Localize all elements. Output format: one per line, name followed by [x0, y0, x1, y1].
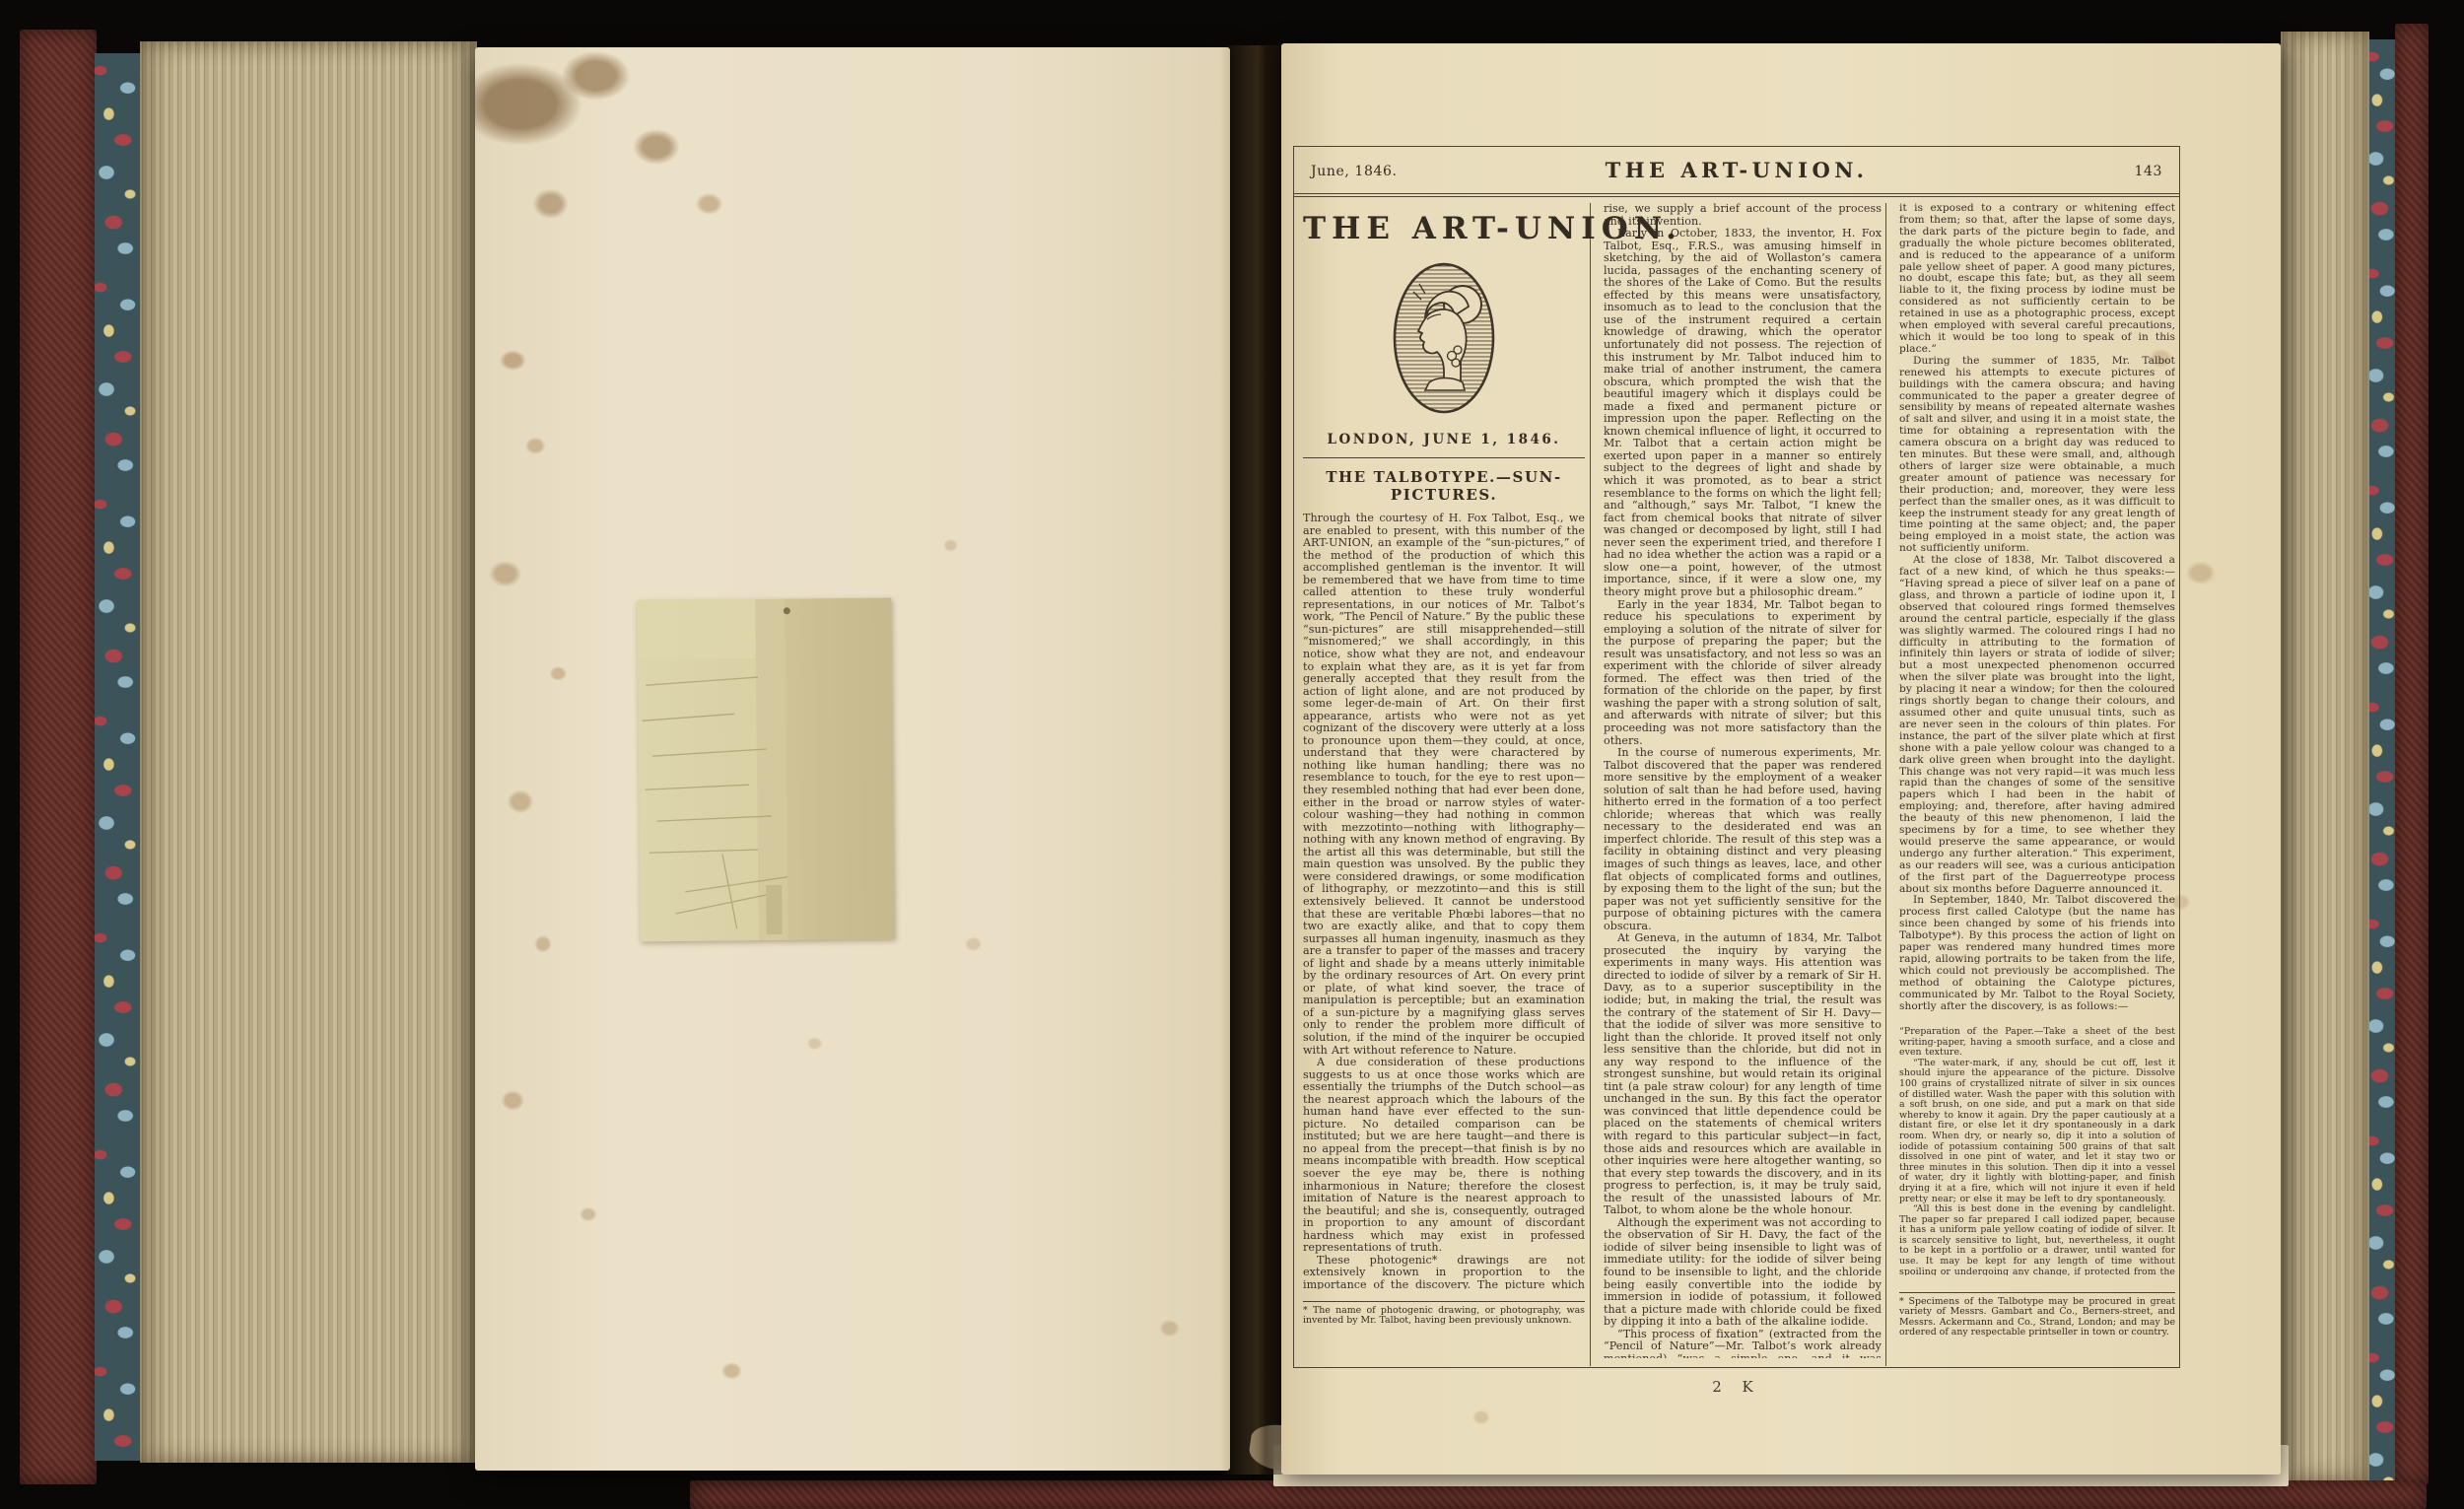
masthead-dateline: LONDON, JUNE 1, 1846. [1303, 432, 1585, 447]
article-heading: THE TALBOTYPE.—SUN-PICTURES. [1303, 468, 1585, 504]
column-rule-1 [1590, 203, 1591, 1366]
left-marbled-endpaper-edge [95, 53, 142, 1461]
paragraph: In September, 1840, Mr. Talbot discovere… [1899, 895, 2175, 1012]
left-page-stack-fore-edge [140, 41, 477, 1463]
header-double-rule [1293, 193, 2180, 197]
faded-ship-masts-image [637, 598, 895, 942]
book-photograph: June, 1846. THE ART-UNION. 143 THE ART-U… [0, 0, 2464, 1509]
column-3-body: it is exposed to a contrary or whitening… [1899, 203, 2175, 1027]
paragraph: Through the courtesy of H. Fox Talbot, E… [1303, 513, 1585, 1057]
footnote-text: * The name of photogenic drawing, or pho… [1303, 1306, 1585, 1327]
signature-mark: 2 K [1293, 1378, 2180, 1396]
footnote-text: * Specimens of the Talbotype may be proc… [1899, 1297, 2175, 1338]
paragraph: At the close of 1838, Mr. Talbot discove… [1899, 555, 2175, 895]
paragraph: “All this is best done in the evening by… [1899, 1204, 2175, 1275]
paragraph: In the course of numerous experiments, M… [1604, 747, 1882, 932]
column-3-footnote: * Specimens of the Talbotype may be proc… [1899, 1292, 2175, 1338]
column-rule-2 [1885, 203, 1886, 1366]
paragraph: During the summer of 1835, Mr. Talbot re… [1899, 356, 2175, 555]
minerva-medallion-engraving [1392, 260, 1496, 416]
column-2: rise, we supply a brief account of the p… [1604, 203, 1882, 1358]
right-cover-leather [2395, 24, 2429, 1484]
column-1-footnote: * The name of photogenic drawing, or pho… [1303, 1301, 1585, 1327]
column-1-body: Through the courtesy of H. Fox Talbot, E… [1303, 513, 1585, 1289]
column-3-recipe-small-type: “Preparation of the Paper.—Take a sheet … [1899, 1027, 2175, 1275]
paragraph: A due consideration of these productions… [1303, 1057, 1585, 1255]
paragraph: “Preparation of the Paper.—Take a sheet … [1899, 1027, 2175, 1059]
paragraph: At Geneva, in the autumn of 1834, Mr. Ta… [1604, 932, 1882, 1217]
masthead-title: THE ART-UNION. [1303, 211, 1585, 246]
right-marbled-endpaper-edge [2369, 39, 2395, 1480]
paragraph: Although the experiment was not accordin… [1604, 1217, 1882, 1329]
paragraph: Early in the year 1834, Mr. Talbot began… [1604, 599, 1882, 748]
column-3: it is exposed to a contrary or whitening… [1899, 203, 2175, 1366]
masthead-emblem [1303, 260, 1585, 416]
paragraph: “The water-mark, if any, should be cut o… [1899, 1059, 2175, 1204]
paragraph: it is exposed to a contrary or whitening… [1899, 203, 2175, 356]
paragraph: These photogenic* drawings are not exten… [1303, 1255, 1585, 1289]
paragraph: Early in October, 1833, the inventor, H.… [1604, 228, 1882, 598]
running-head-page-number: 143 [1965, 164, 2162, 179]
left-cover-leather [20, 30, 97, 1484]
pasted-talbotype-photograph [637, 598, 895, 942]
paragraph: “This process of fixation” (extracted fr… [1604, 1329, 1882, 1358]
masthead-rule [1303, 457, 1585, 458]
right-page-stack-fore-edge [2281, 32, 2369, 1480]
column-1: THE ART-UNION. [1303, 203, 1585, 1366]
paragraph: rise, we supply a brief account of the p… [1604, 203, 1882, 228]
